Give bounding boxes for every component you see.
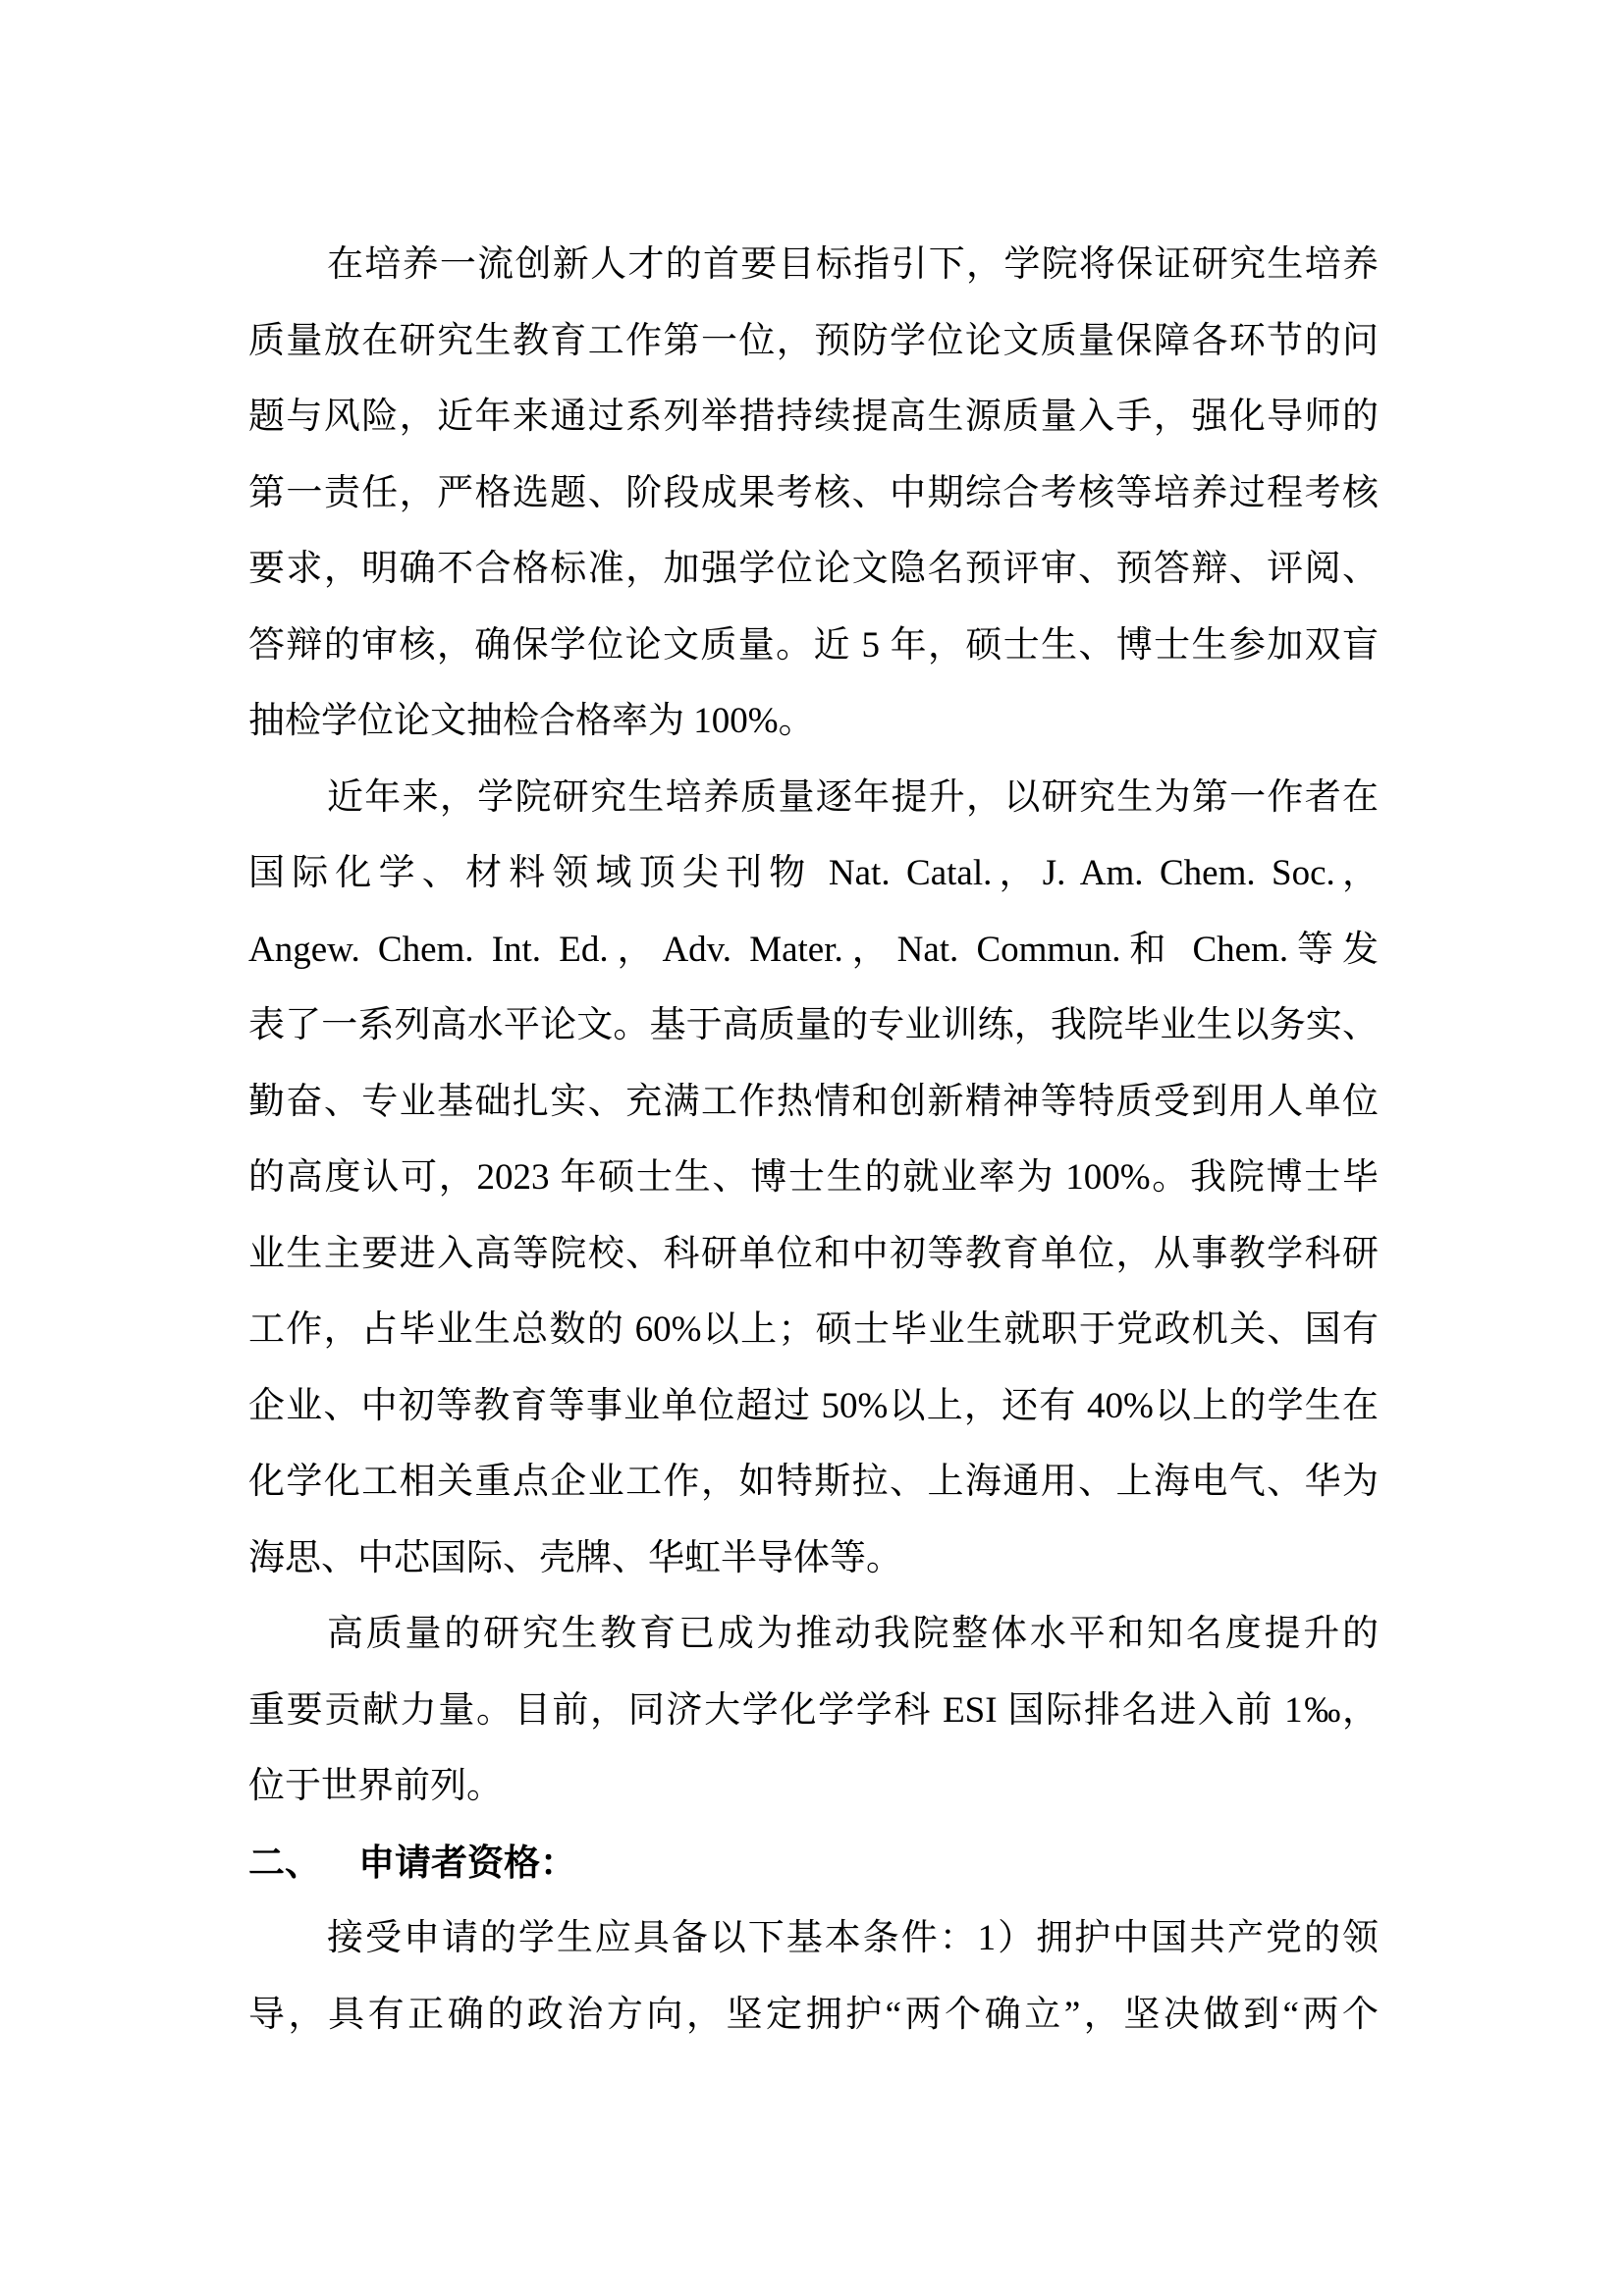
paragraph-line: 企业、中初等教育等事业单位超过 50%以上，还有 40%以上的学生在 (248, 1368, 1379, 1445)
paragraph: 近年来，学院研究生培养质量逐年提升，以研究生为第一作者在 国际化学、材料领域顶尖… (248, 760, 1379, 1597)
paragraph-line: 的高度认可，2023 年硕士生、博士生的就业率为 100%。我院博士毕 (248, 1140, 1379, 1216)
paragraph-line: Angew. Chem. Int. Ed.，Adv. Mater.，Nat. C… (248, 912, 1379, 988)
paragraph-line: 化学化工相关重点企业工作，如特斯拉、上海通用、上海电气、华为 (248, 1444, 1379, 1521)
paragraph: 接受申请的学生应具备以下基本条件：1）拥护中国共产党的领 导，具有正确的政治方向… (248, 1900, 1379, 2053)
paragraph-line: 要求，明确不合格标准，加强学位论文隐名预评审、预答辩、评阅、 (248, 531, 1379, 608)
paragraph-line: 第一责任，严格选题、阶段成果考核、中期综合考核等培养过程考核 (248, 455, 1379, 532)
paragraph-line: 近年来，学院研究生培养质量逐年提升，以研究生为第一作者在 (248, 760, 1379, 836)
paragraph: 高质量的研究生教育已成为推动我院整体水平和知名度提升的 重要贡献力量。目前，同济… (248, 1596, 1379, 1825)
paragraph: 在培养一流创新人才的首要目标指引下，学院将保证研究生培养 质量放在研究生教育工作… (248, 227, 1379, 760)
paragraph-line: 海思、中芯国际、壳牌、华虹半导体等。 (248, 1521, 1379, 1597)
paragraph-line: 接受申请的学生应具备以下基本条件：1）拥护中国共产党的领 (248, 1900, 1379, 1977)
document-text-block: 在培养一流创新人才的首要目标指引下，学院将保证研究生培养 质量放在研究生教育工作… (248, 227, 1379, 2053)
paragraph-line: 重要贡献力量。目前，同济大学化学学科 ESI 国际排名进入前 1‰， (248, 1673, 1379, 1749)
paragraph-line: 表了一系列高水平论文。基于高质量的专业训练，我院毕业生以务实、 (248, 988, 1379, 1064)
paragraph-line: 质量放在研究生教育工作第一位，预防学位论文质量保障各环节的问 (248, 303, 1379, 380)
paragraph-line: 在培养一流创新人才的首要目标指引下，学院将保证研究生培养 (248, 227, 1379, 303)
document-page: 在培养一流创新人才的首要目标指引下，学院将保证研究生培养 质量放在研究生教育工作… (0, 0, 1624, 2296)
paragraph-line: 位于世界前列。 (248, 1748, 1379, 1825)
paragraph-line: 答辩的审核，确保学位论文质量。近 5 年，硕士生、博士生参加双盲 (248, 608, 1379, 684)
section-heading-number: 二、 (248, 1842, 321, 1883)
paragraph-line: 工作，占毕业生总数的 60%以上；硕士毕业生就职于党政机关、国有 (248, 1292, 1379, 1368)
section-heading: 二、申请者资格： (248, 1825, 1379, 1901)
paragraph-line: 高质量的研究生教育已成为推动我院整体水平和知名度提升的 (248, 1596, 1379, 1673)
paragraph-line: 业生主要进入高等院校、科研单位和中初等教育单位，从事教学科研 (248, 1216, 1379, 1293)
paragraph-line: 国际化学、材料领域顶尖刊物 Nat. Catal.，J. Am. Chem. S… (248, 835, 1379, 912)
paragraph-line: 勤奋、专业基础扎实、充满工作热情和创新精神等特质受到用人单位 (248, 1064, 1379, 1141)
paragraph-line: 题与风险，近年来通过系列举措持续提高生源质量入手，强化导师的 (248, 379, 1379, 455)
section-heading-title: 申请者资格： (358, 1842, 576, 1883)
paragraph-line: 抽检学位论文抽检合格率为 100%。 (248, 683, 1379, 760)
paragraph-line: 导，具有正确的政治方向，坚定拥护“两个确立”，坚决做到“两个 (248, 1977, 1379, 2054)
